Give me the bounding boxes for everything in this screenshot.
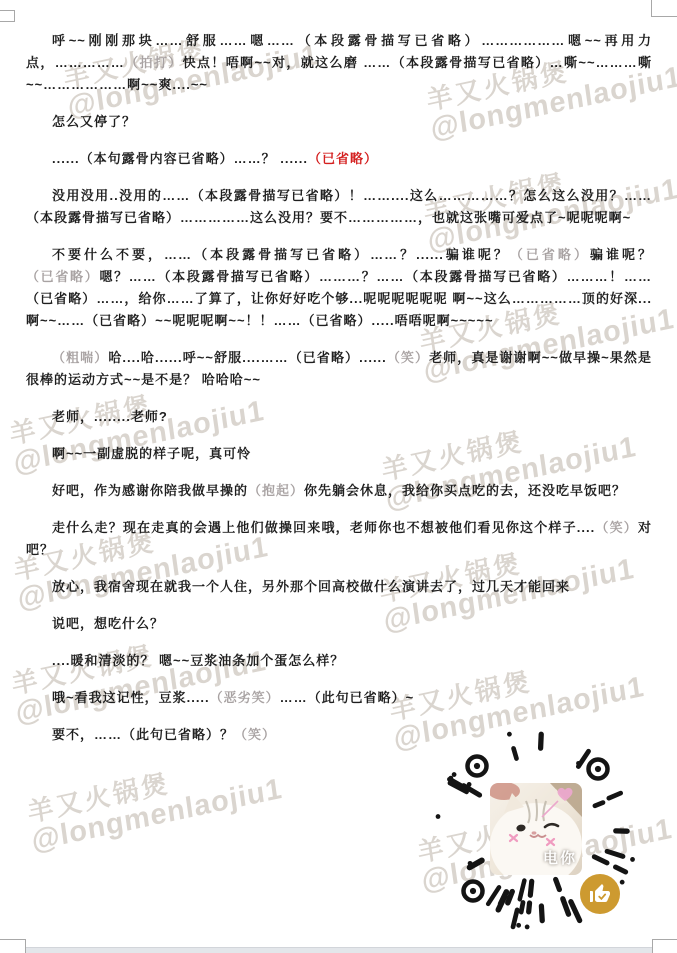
body-text: ....暖和清淡的？ 嗯~~豆浆油条加个蛋怎么样？ — [52, 653, 344, 668]
paragraph: ......（本句露骨内容已省略）……？ ......（已省略） — [26, 148, 652, 170]
like-badge — [580, 874, 620, 914]
paragraph: 放心，我宿舍现在就我一个人住，另外那个回高校做什么演讲去了，过几天才能回来 — [26, 576, 652, 598]
paragraph: 不要什么不要，……（本段露骨描写已省略）……？......骗谁呢？（已省略）骗谁… — [26, 244, 652, 332]
body-text: 骗谁呢？ — [590, 247, 652, 262]
body-text: 放心，我宿舍现在就我一个人住，另外那个回高校做什么演讲去了，过几天才能回来 — [52, 579, 570, 594]
body-text: 老师，........老师? — [52, 409, 168, 424]
body-text: 走什么走？现在走真的会遇上他们做操回来哦，老师你也不想被他们看见你这个样子...… — [52, 520, 595, 535]
text-boundary-mark-top-left — [0, 10, 15, 22]
body-text: 嗯？……（本段露骨描写已省略）………？……（本段露骨描写已省略）………！……（已… — [26, 269, 652, 328]
body-text: 哦~看我这记性，豆浆..... — [52, 690, 210, 705]
action-tag: （笑） — [234, 727, 276, 742]
document-text: 呼~~刚刚那块……舒服……嗯……（本段露骨描写已省略）………………嗯~~再用力点… — [26, 30, 652, 761]
body-text: 说吧，想吃什么？ — [52, 616, 164, 631]
body-text: 要不，……（此句已省略）？ — [52, 727, 234, 742]
body-text: ......（本句露骨内容已省略）……？ ...... — [52, 151, 308, 166]
paragraph: 好吧，作为感谢你陪我做早操的（抱起）你先躺会休息，我给你买点吃的去，还没吃早饭吧… — [26, 480, 652, 502]
body-text: 你先躺会休息，我给你买点吃的去，还没吃早饭吧？ — [304, 483, 626, 498]
paragraph: 走什么走？现在走真的会遇上他们做操回来哦，老师你也不想被他们看见你这个样子...… — [26, 517, 652, 561]
action-tag: （笑） — [595, 520, 638, 535]
action-tag: （抱起） — [248, 483, 304, 498]
action-tag: （恶劣笑） — [210, 690, 280, 705]
action-tag: （已省略） — [26, 269, 99, 284]
body-text: ……（此句已省略）~ — [280, 690, 415, 705]
action-tag: （已省略） — [510, 247, 590, 262]
thumbs-up-icon — [588, 882, 612, 906]
body-text: 不要什么不要，……（本段露骨描写已省略）……？......骗谁呢？ — [52, 247, 510, 262]
body-text: 哈....哈......呼~~舒服....……（已省略）...... — [108, 350, 386, 365]
text-boundary-mark-bottom-right — [652, 939, 677, 953]
paragraph: （粗喘）哈....哈......呼~~舒服....……（已省略）......（笑… — [26, 347, 652, 391]
qr-caption: 电你 — [543, 847, 577, 868]
paragraph: 没用没用..没用的……（本段露骨描写已省略）！……....这么……………？怎么这… — [26, 185, 652, 229]
text-boundary-mark-top-right — [651, 0, 677, 17]
paragraph: 怎么又停了？ — [26, 111, 652, 133]
action-tag: （笑） — [387, 350, 429, 365]
body-text: 没用没用..没用的……（本段露骨描写已省略）！……....这么……………？怎么这… — [26, 188, 652, 225]
document-page: { "watermark": { "line1": "羊又火锅煲", "line… — [0, 0, 677, 953]
body-text: 啊~~一副虚脱的样子呢，真可怜 — [52, 446, 251, 461]
action-tag: （拍打） — [125, 55, 183, 70]
action-tag: （粗喘） — [52, 350, 108, 365]
cat-photo: 电你 — [490, 783, 582, 875]
heart-icon — [556, 786, 574, 802]
paragraph: 哦~看我这记性，豆浆.....（恶劣笑）……（此句已省略）~ — [26, 687, 652, 709]
qr-code: 电你 — [431, 723, 643, 935]
paragraph: ....暖和清淡的？ 嗯~~豆浆油条加个蛋怎么样？ — [26, 650, 652, 672]
paragraph: 呼~~刚刚那块……舒服……嗯……（本段露骨描写已省略）………………嗯~~再用力点… — [26, 30, 652, 96]
horizontal-scrollbar[interactable] — [0, 947, 677, 953]
text-boundary-mark-bottom-left — [0, 939, 26, 953]
paragraph: 说吧，想吃什么？ — [26, 613, 652, 635]
watermark: 羊又火锅煲@longmenlaojiu1 — [26, 747, 284, 857]
body-text: 好吧，作为感谢你陪我做早操的 — [52, 483, 248, 498]
paragraph: 老师，........老师? — [26, 406, 652, 428]
body-text: 怎么又停了？ — [52, 114, 136, 129]
paragraph: 啊~~一副虚脱的样子呢，真可怜 — [26, 443, 652, 465]
action-tag-red: （已省略） — [308, 151, 378, 166]
